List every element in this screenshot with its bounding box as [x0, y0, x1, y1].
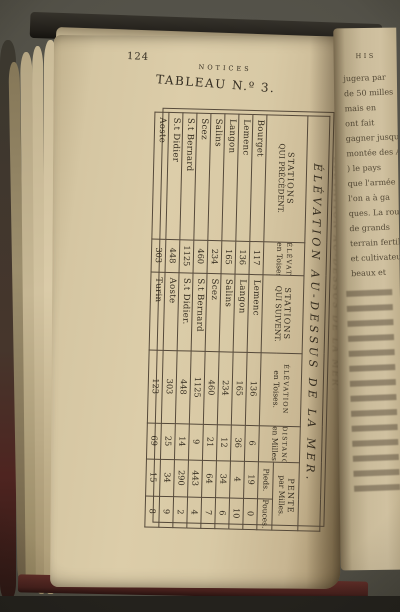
- cell-dist: 9: [189, 424, 204, 460]
- header-stations-prec: STATIONS QUI PRÉCÈDENT.: [264, 114, 308, 242]
- cell-elev2: 234: [218, 351, 234, 424]
- cell-elev2: 1125: [190, 351, 206, 424]
- cell-dist: 12: [217, 424, 232, 460]
- text-fragment: terrain fertil: [350, 233, 400, 251]
- cell-station-suiv: S.t Didier.: [178, 272, 194, 350]
- book-photo: 124 NOTICES TABLEAU N.º 3. ÉLÉVATION AU-…: [0, 0, 400, 612]
- cell-elev2: 165: [232, 352, 248, 425]
- cell-elev1: 303: [152, 239, 167, 272]
- cell-elev1: 460: [194, 240, 209, 273]
- cell-pouces: 9: [159, 496, 174, 527]
- cell-pouces: 6: [215, 497, 230, 528]
- cell-pieds: 19: [244, 461, 259, 498]
- subheader-pieds: Pieds.: [258, 461, 274, 498]
- cell-pouces: 7: [201, 497, 216, 528]
- cell-station-suiv: Aoste: [164, 272, 180, 350]
- cell-dist: 69: [147, 423, 162, 459]
- cell-pouces: 10: [229, 498, 244, 529]
- header-pente: PENTE par Milles.: [272, 462, 300, 531]
- facing-running-header: HIS: [356, 52, 376, 60]
- cell-pieds: 4: [230, 461, 245, 498]
- cell-dist: 14: [175, 423, 190, 459]
- cell-elev2: 448: [176, 350, 192, 423]
- cell-elev1: 1125: [180, 239, 195, 272]
- cell-station-suiv: S.t Bernard: [192, 273, 208, 351]
- page-number: 124: [127, 51, 150, 63]
- cell-pouces: 8: [145, 495, 160, 526]
- table-caption: TABLEAU N.º 3.: [156, 72, 276, 95]
- elevation-table: ÉLÉVATION AU-DESSUS DE LA MER. STATIONS …: [145, 111, 331, 531]
- cell-pouces: 4: [187, 497, 202, 528]
- cell-pieds: 290: [174, 459, 189, 496]
- facing-page-sliver: HIS jugera par de 50 milles mais en ont …: [333, 28, 400, 571]
- cell-pouces: 0: [243, 498, 258, 529]
- running-header: NOTICES: [198, 63, 251, 73]
- cell-pieds: 443: [188, 460, 203, 497]
- cell-dist: 21: [203, 424, 218, 460]
- header-distances: DISTANCES en Milles.: [259, 425, 301, 462]
- cell-dist: 36: [231, 425, 246, 461]
- cell-station-suiv: Turin: [150, 272, 166, 350]
- facing-text-column: jugera par de 50 milles mais en ont fait…: [343, 68, 400, 281]
- cell-elev2: 460: [204, 351, 220, 424]
- cell-elev1: 117: [250, 241, 265, 274]
- cell-dist: 25: [161, 423, 176, 459]
- header-elevation-2: ÉLÉVATION en Toises.: [260, 352, 303, 426]
- cell-dist: 6: [245, 425, 260, 461]
- cell-elev2: 136: [246, 352, 262, 425]
- cell-pieds: 34: [216, 460, 231, 497]
- cell-pouces: 2: [173, 496, 188, 527]
- cell-station-suiv: Langon: [234, 274, 250, 352]
- cell-elev2: 123: [148, 350, 164, 423]
- subheader-pouces: Pouces.: [257, 498, 273, 529]
- cell-station-suiv: Salins: [220, 273, 236, 351]
- cell-elev1: 234: [208, 240, 223, 273]
- cell-pieds: 64: [202, 460, 217, 497]
- cell-elev1: 165: [222, 240, 237, 273]
- header-stations-suiv: STATIONS QUI SUIVENT.: [262, 274, 305, 353]
- illegible-text-texture: [346, 289, 400, 501]
- book-page: 124 NOTICES TABLEAU N.º 3. ÉLÉVATION AU-…: [50, 35, 344, 589]
- text-fragment: beaux et: [351, 263, 400, 281]
- cell-station-suiv: Scez: [206, 273, 222, 351]
- cell-elev1: 448: [166, 239, 181, 272]
- header-elevation-1: ÉLÉVATION en Toises.: [264, 241, 306, 275]
- cell-elev2: 303: [162, 350, 178, 423]
- text-fragment: et cultivateur: [350, 248, 400, 266]
- cell-station-suiv: Lemenc: [248, 274, 264, 352]
- cell-elev1: 136: [236, 241, 251, 274]
- cell-pieds: 34: [160, 459, 175, 496]
- backdrop-shadow: [0, 596, 400, 612]
- cell-pieds: 15: [146, 459, 161, 496]
